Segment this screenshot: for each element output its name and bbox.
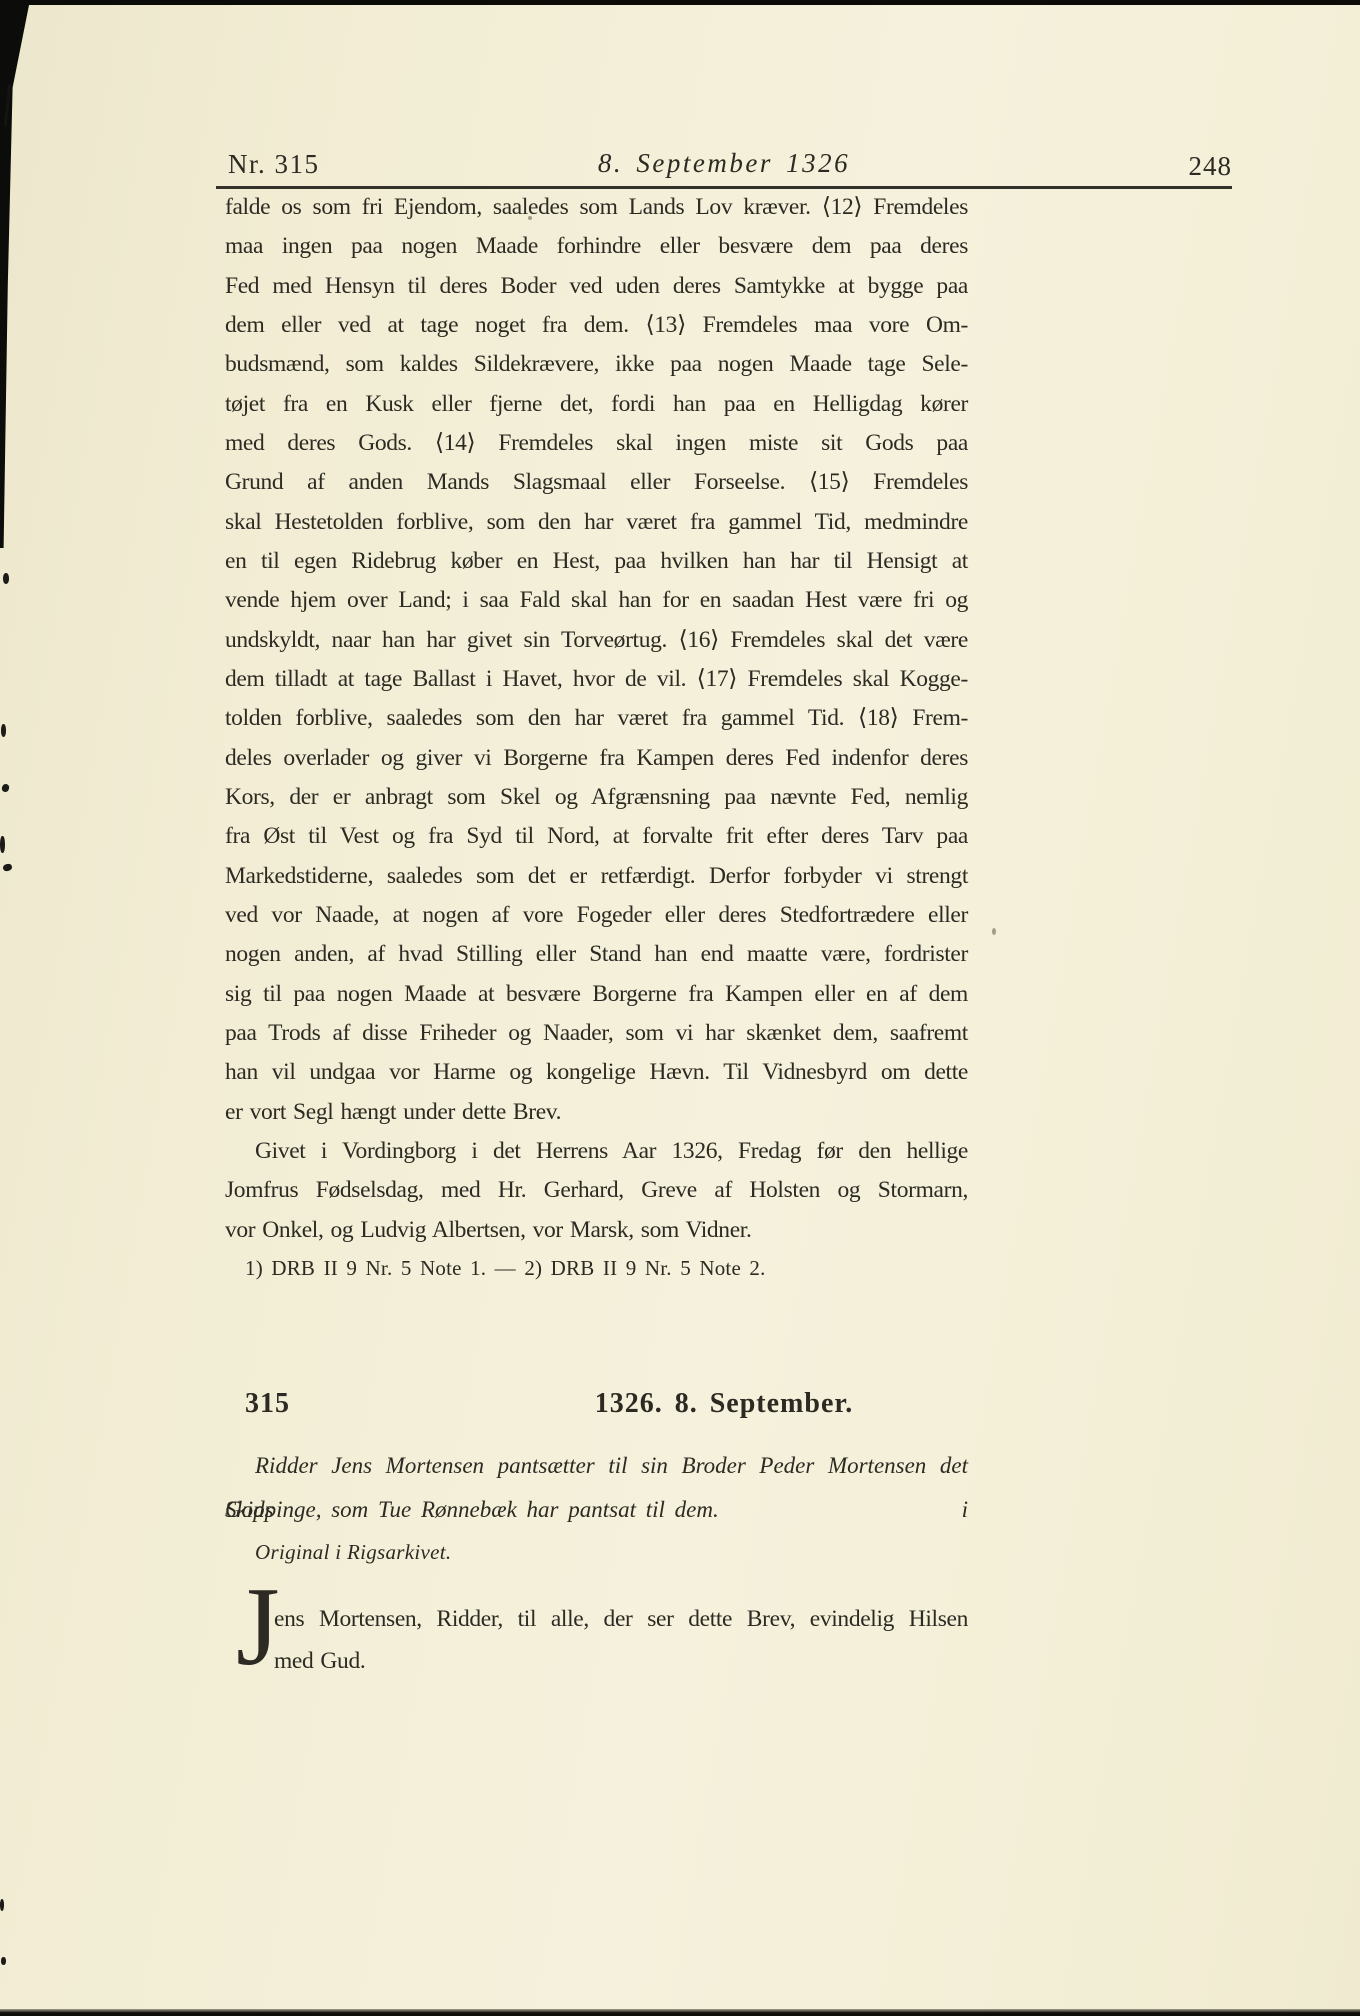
footnote-references: 1) DRB II 9 Nr. 5 Note 1. — 2) DRB II 9 …: [245, 1256, 766, 1281]
scan-mark: [2, 863, 13, 872]
scan-mark: [1, 783, 10, 793]
text-line: fra Øst til Vest og fra Syd til Nord, at…: [225, 817, 968, 856]
scan-mark: [1, 1957, 6, 1965]
text-line: skal Hestetolden forblive, som den har v…: [225, 503, 968, 542]
text-line: Jomfrus Fødselsdag, med Hr. Gerhard, Gre…: [225, 1171, 968, 1210]
text-line: Grund af anden Mands Slagsmaal eller For…: [225, 463, 968, 502]
text-line: Fed med Hensyn til deres Boder ved uden …: [225, 267, 968, 306]
text-line: paa Trods af disse Friheder og Naader, s…: [225, 1014, 968, 1053]
scan-edge-top: [0, 0, 1360, 5]
text-line: maa ingen paa nogen Maade forhindre elle…: [225, 227, 968, 266]
text-line: Markedstiderne, saaledes som det er retf…: [225, 857, 968, 896]
scanned-book-page: Nr. 315 8. September 1326 248 falde os s…: [0, 0, 1360, 2016]
text-line: dem eller ved at tage noget fra dem. ⟨13…: [225, 306, 968, 345]
text-line: ens Mortensen, Ridder, til alle, der ser…: [274, 1598, 968, 1640]
text-line: Kors, der er anbragt som Skel og Afgræns…: [225, 778, 968, 817]
scan-edge-bottom: [0, 2009, 1360, 2016]
entry-date-heading: 1326. 8. September.: [216, 1388, 1232, 1420]
text-line: deles overlader og giver vi Borgerne fra…: [225, 739, 968, 778]
source-note: Original i Rigsarkivet.: [255, 1540, 451, 1565]
text-line: undskyldt, naar han har givet sin Torveø…: [225, 621, 968, 660]
scan-mark: [0, 1899, 4, 1911]
text-line: sig til paa nogen Maade at besvære Borge…: [225, 975, 968, 1014]
scan-edge-left: [0, 0, 30, 548]
text-line: Givet i Vordingborg i det Herrens Aar 13…: [225, 1132, 968, 1171]
text-line: nogen anden, af hvad Stilling eller Stan…: [225, 935, 968, 974]
text-line: en til egen Ridebrug køber en Hest, paa …: [225, 542, 968, 581]
scan-speck: [992, 928, 996, 935]
text-line: vor Onkel, og Ludvig Albertsen, vor Mars…: [225, 1211, 968, 1250]
text-line: falde os som fri Ejendom, saaledes som L…: [225, 188, 968, 227]
text-line: er vort Segl hængt under dette Brev.: [225, 1093, 968, 1132]
text-line: med Gud.: [274, 1640, 968, 1682]
text-line: Ridder Jens Mortensen pantsætter til sin…: [225, 1444, 968, 1488]
text-line: ved vor Naade, at nogen af vore Fogeder …: [225, 896, 968, 935]
text-line: han vil undgaa vor Harme og kongelige Hæ…: [225, 1053, 968, 1092]
text-line: tolden forblive, saaledes som den har væ…: [225, 699, 968, 738]
page-number: 248: [216, 151, 1232, 182]
scan-mark: [3, 573, 9, 584]
text-line: vende hjem over Land; i saa Fald skal ha…: [225, 581, 968, 620]
text-line: dem tilladt at tage Ballast i Havet, hvo…: [225, 660, 968, 699]
charter-dating-paragraph: Givet i Vordingborg i det Herrens Aar 13…: [225, 1132, 968, 1250]
text-line: med deres Gods. ⟨14⟩ Fremdeles skal inge…: [225, 424, 968, 463]
charter-opening-paragraph: ens Mortensen, Ridder, til alle, der ser…: [274, 1598, 968, 1682]
charter-text-paragraph: falde os som fri Ejendom, saaledes som L…: [225, 188, 968, 1132]
scan-mark: [1, 724, 6, 737]
entry-summary: Ridder Jens Mortensen pantsætter til sin…: [225, 1444, 968, 1532]
scan-mark: [0, 836, 5, 853]
text-line: budsmænd, som kaldes Sildekrævere, ikke …: [225, 345, 968, 384]
text-line: tøjet fra en Kusk eller fjerne det, ford…: [225, 385, 968, 424]
